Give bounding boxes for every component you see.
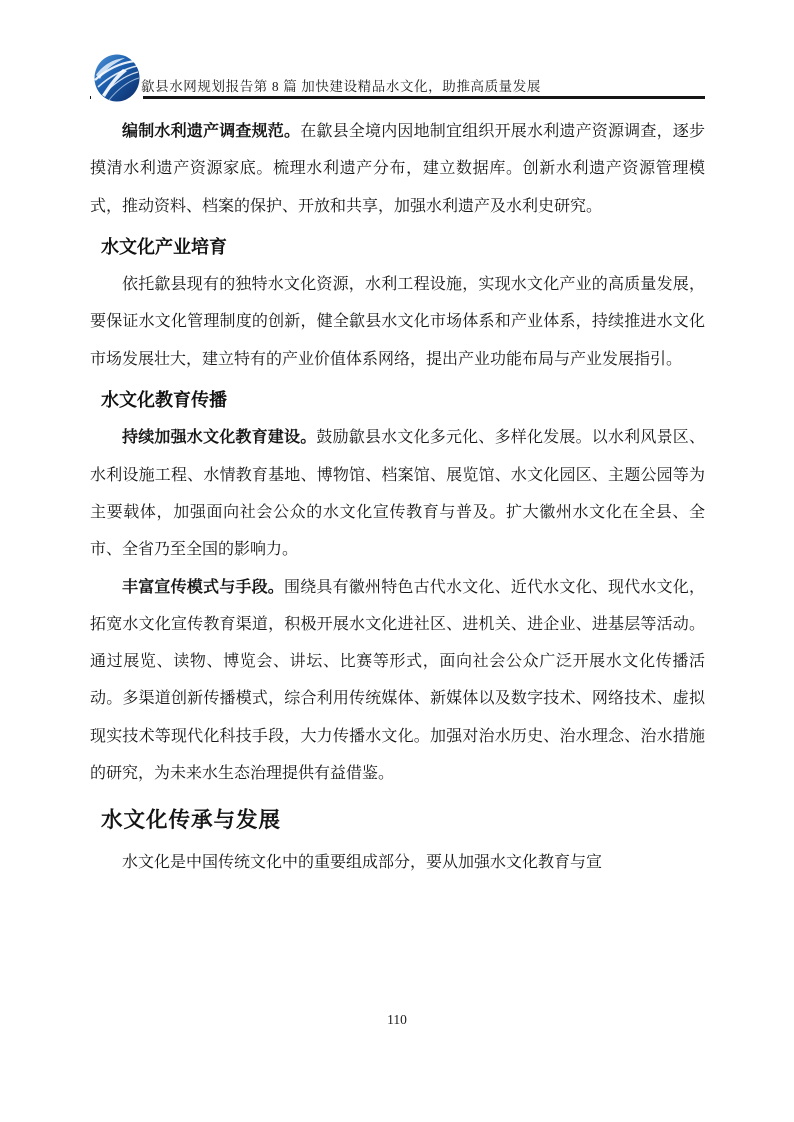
paragraph-lead: 编制水利遗产调查规范。	[122, 123, 300, 140]
paragraph-lead: 丰富宣传模式与手段。	[122, 579, 284, 596]
paragraph-publicity-modes: 丰富宣传模式与手段。围绕具有徽州特色古代水文化、近代水文化、现代水文化，拓宽水文…	[90, 569, 705, 793]
section-heading-education: 水文化教育传播	[90, 382, 705, 419]
chapter-heading-inheritance-development: 水文化传承与发展	[90, 800, 705, 840]
paragraph-industry-cultivation: 依托歙县现有的独特水文化资源，水利工程设施，实现水文化产业的高质量发展，要保证水…	[90, 266, 705, 378]
document-page: 歙县水网规划报告第 8 篇 加快建设精品水文化，助推高质量发展 编制水利遗产调查…	[0, 0, 794, 1122]
paragraph-education-construction: 持续加强水文化教育建设。鼓励歙县水文化多元化、多样化发展。以水利风景区、水利设施…	[90, 419, 705, 568]
water-network-logo-icon	[91, 50, 143, 106]
header-title: 歙县水网规划报告第 8 篇 加快建设精品水文化，助推高质量发展	[141, 75, 541, 95]
section-heading-industry: 水文化产业培育	[90, 229, 705, 266]
paragraph-text: 依托歙县现有的独特水文化资源，水利工程设施，实现水文化产业的高质量发展，要保证水…	[90, 276, 705, 368]
page-body: 编制水利遗产调查规范。在歙县全境内因地制宜组织开展水利遗产资源调查，逐步摸清水利…	[90, 113, 705, 882]
paragraph-text: 鼓励歙县水文化多元化、多样化发展。以水利风景区、水利设施工程、水情教育基地、博物…	[90, 429, 705, 558]
paragraph-heritage-survey: 编制水利遗产调查规范。在歙县全境内因地制宜组织开展水利遗产资源调查，逐步摸清水利…	[90, 113, 705, 225]
page-header: 歙县水网规划报告第 8 篇 加快建设精品水文化，助推高质量发展	[90, 0, 705, 99]
page-number: 110	[387, 1012, 407, 1027]
paragraph-lead: 持续加强水文化教育建设。	[122, 429, 316, 446]
paragraph-text: 水文化是中国传统文化中的重要组成部分，要从加强水文化教育与宣	[122, 854, 602, 871]
paragraph-text: 围绕具有徽州特色古代水文化、近代水文化、现代水文化，拓宽水文化宣传教育渠道，积极…	[90, 579, 705, 782]
paragraph-heritage-intro: 水文化是中国传统文化中的重要组成部分，要从加强水文化教育与宣	[90, 844, 705, 881]
page-footer: 110	[0, 1012, 794, 1028]
